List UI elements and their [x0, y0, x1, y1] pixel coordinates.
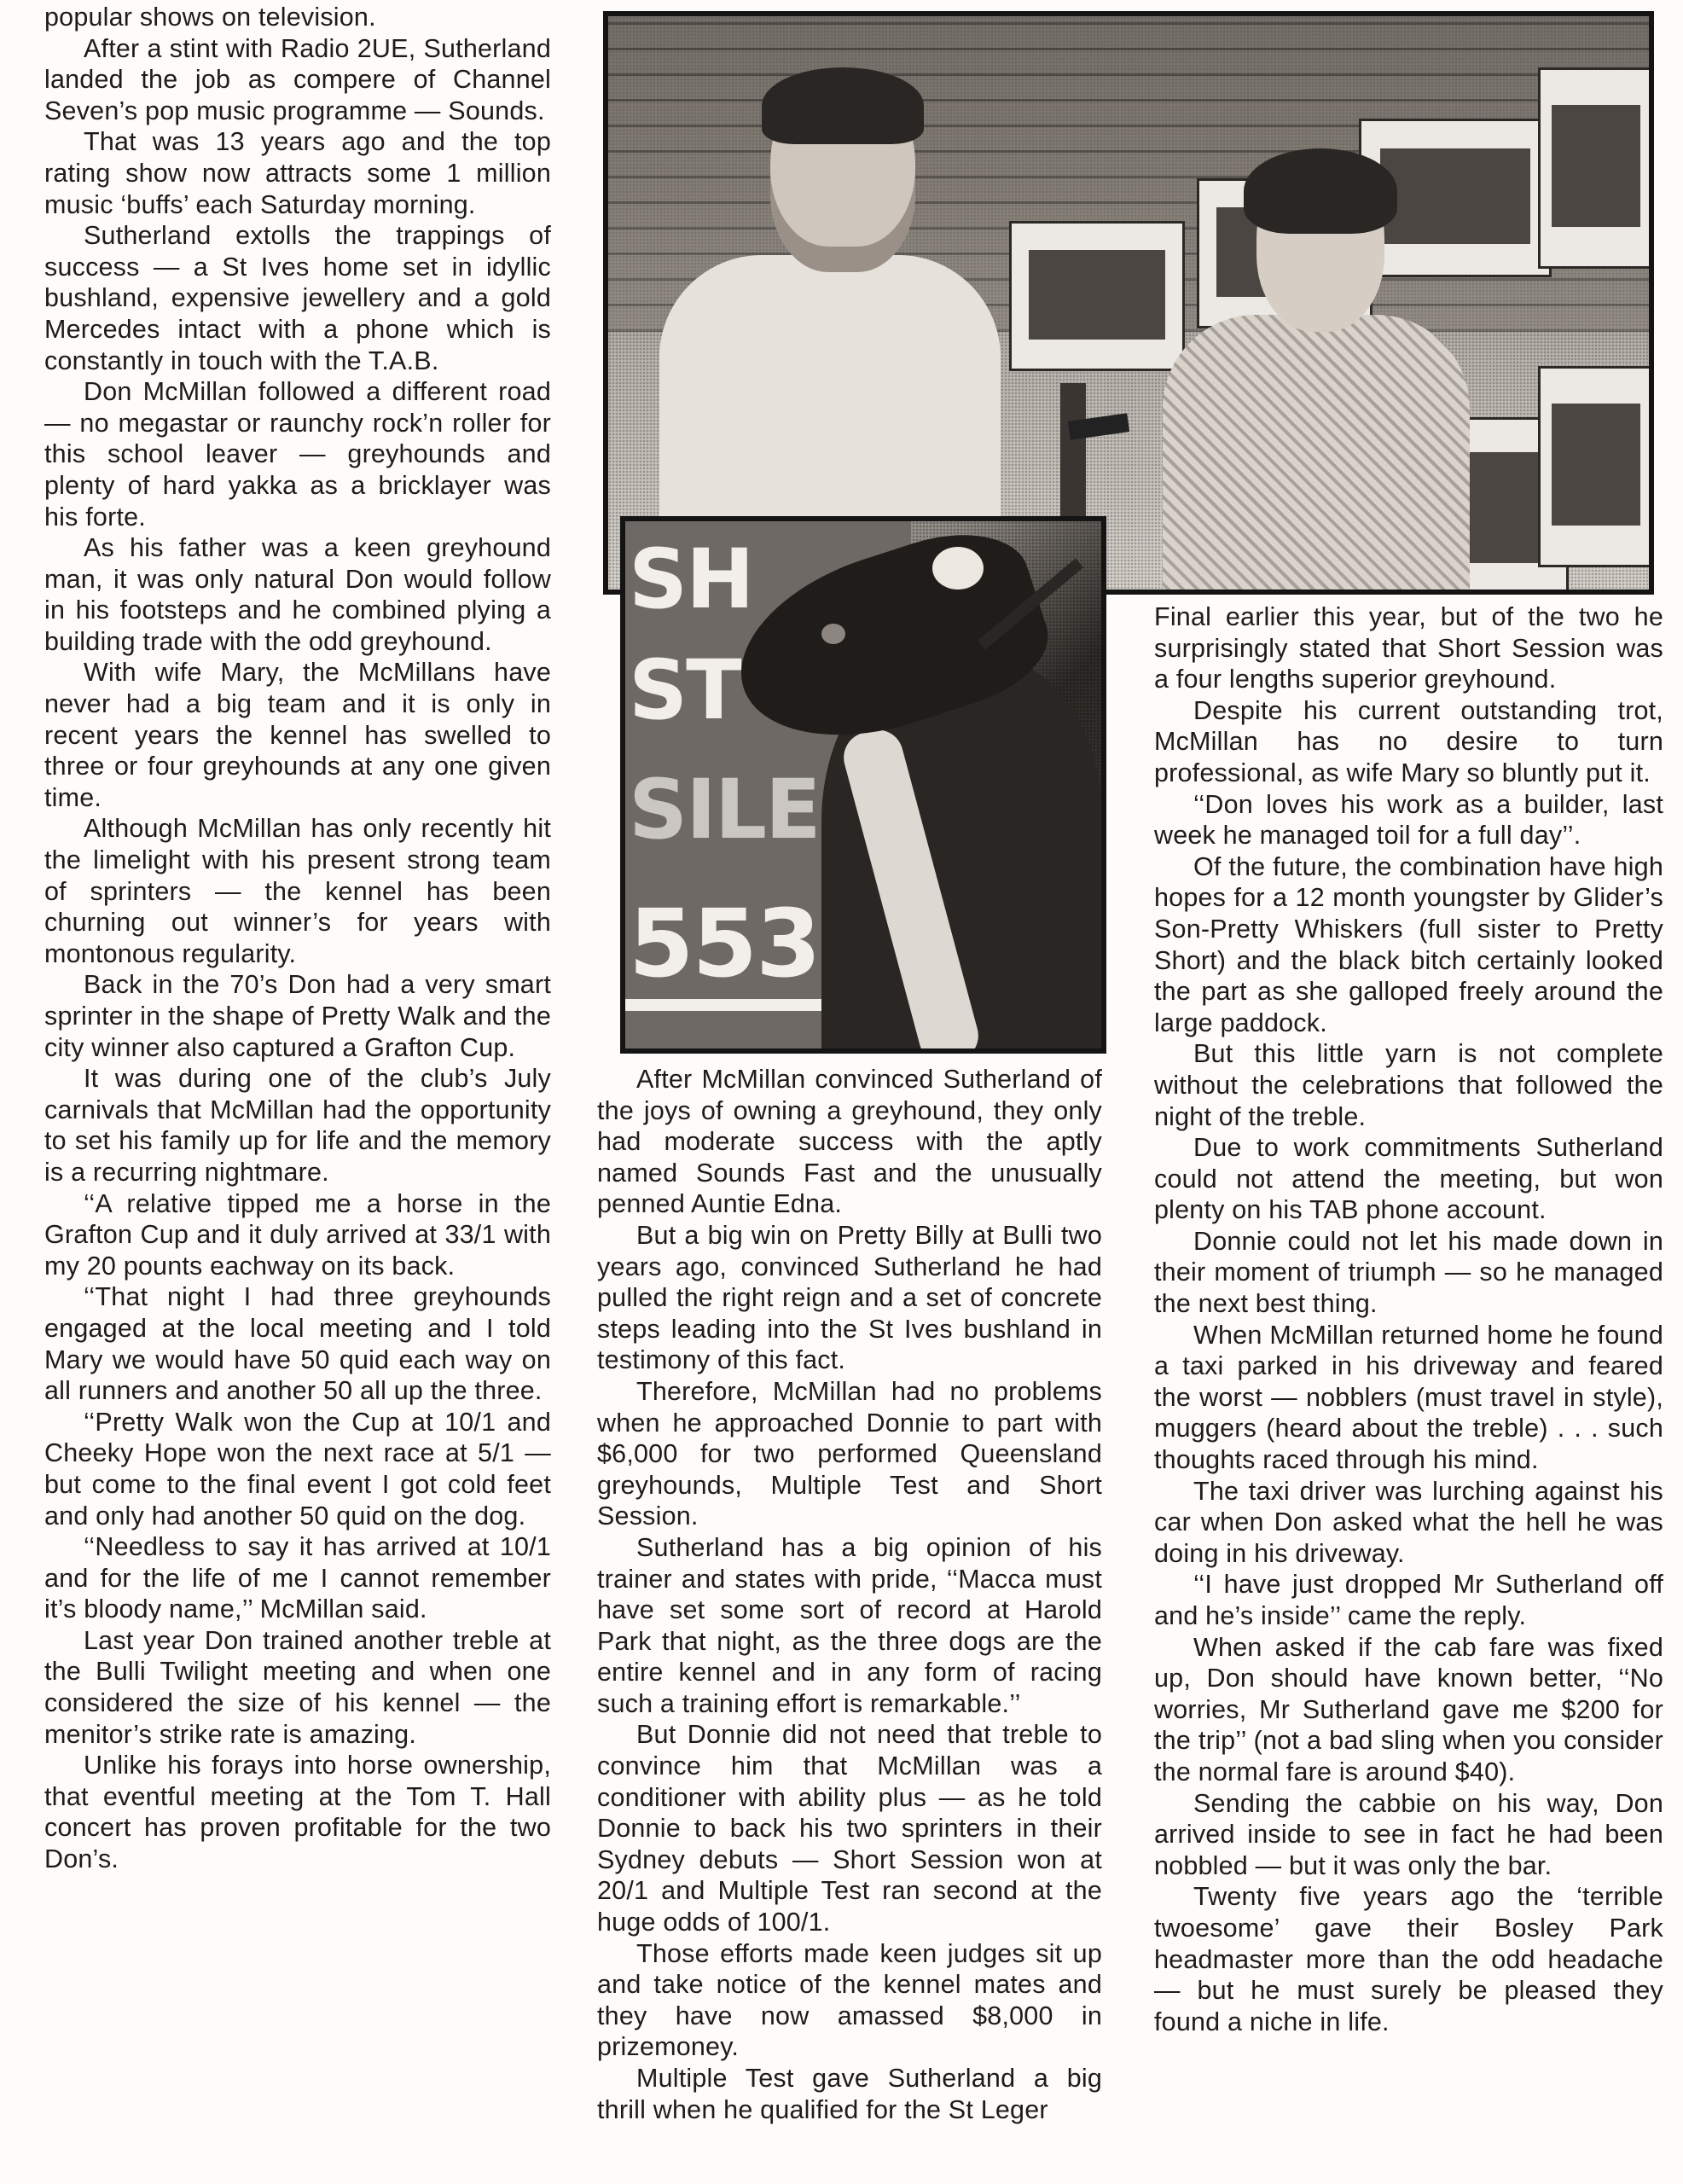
sign-text-2: ST — [629, 649, 740, 731]
paragraph: Final earlier this year, but of the two … — [1154, 601, 1663, 695]
paragraph: After a stint with Radio 2UE, Sutherland… — [44, 33, 551, 127]
paragraph: ‘‘Needless to say it has arrived at 10/1… — [44, 1531, 551, 1625]
paragraph: ‘‘Pretty Walk won the Cup at 10/1 and Ch… — [44, 1407, 551, 1531]
article-column-middle: After McMillan convinced Sutherland of t… — [597, 1064, 1102, 2125]
paragraph: When asked if the cab fare was fixed up,… — [1154, 1632, 1663, 1788]
greyhound-eye — [821, 624, 845, 644]
paragraph: With wife Mary, the McMillans have never… — [44, 657, 551, 813]
paragraph: Donnie could not let his made down in th… — [1154, 1226, 1663, 1320]
paragraph: When McMillan returned home he found a t… — [1154, 1320, 1663, 1476]
paragraph: It was during one of the club’s July car… — [44, 1063, 551, 1188]
framed-race-photo — [1538, 366, 1654, 567]
framed-race-photo — [1538, 67, 1654, 269]
paragraph: ‘‘I have just dropped Mr Sutherland off … — [1154, 1569, 1663, 1631]
article-column-left: popular shows on television. After a sti… — [44, 2, 551, 1875]
paragraph: ‘‘Don loves his work as a builder, last … — [1154, 789, 1663, 851]
sign-text-1: SH — [629, 538, 752, 620]
man-right-figure — [1129, 144, 1487, 595]
paragraph: But Donnie did not need that treble to c… — [597, 1719, 1102, 1937]
sign-text-3: SILE — [629, 769, 820, 851]
paragraph: Due to work commitments Sutherland could… — [1154, 1132, 1663, 1226]
paragraph: But this little yarn is not complete wit… — [1154, 1038, 1663, 1132]
paragraph: Don McMillan followed a different road —… — [44, 376, 551, 532]
paragraph: Sending the cabbie on his way, Don arriv… — [1154, 1788, 1663, 1882]
paragraph: Unlike his forays into horse ownership, … — [44, 1750, 551, 1874]
paragraph: Twenty five years ago the ‘terrible twoe… — [1154, 1881, 1663, 2037]
paragraph: Last year Don trained another treble at … — [44, 1625, 551, 1750]
paragraph: popular shows on television. — [44, 2, 551, 33]
paragraph: Despite his current outstanding trot, Mc… — [1154, 695, 1663, 789]
paragraph: Back in the 70’s Don had a very smart sp… — [44, 969, 551, 1063]
photo-greyhound: SH ST SILE 5533 — [620, 516, 1106, 1054]
paragraph: ‘‘A relative tipped me a horse in the Gr… — [44, 1188, 551, 1282]
paragraph: ‘‘That night I had three greyhounds enga… — [44, 1281, 551, 1406]
paragraph: Of the future, the combination have high… — [1154, 851, 1663, 1039]
paragraph: Therefore, McMillan had no problems when… — [597, 1376, 1102, 1532]
paragraph: That was 13 years ago and the top rating… — [44, 126, 551, 220]
photo-two-men — [603, 11, 1654, 595]
paragraph: Although McMillan has only recently hit … — [44, 813, 551, 969]
paragraph: Sutherland has a big opinion of his trai… — [597, 1532, 1102, 1720]
paragraph: Those efforts made keen judges sit up an… — [597, 1938, 1102, 2063]
paragraph: Sutherland extolls the trappings of succ… — [44, 220, 551, 376]
paragraph: The taxi driver was lurching against his… — [1154, 1476, 1663, 1570]
greyhound-ear — [932, 547, 984, 590]
article-column-right: Final earlier this year, but of the two … — [1154, 601, 1663, 2037]
man-left-figure — [642, 50, 1009, 595]
paragraph: Multiple Test gave Sutherland a big thri… — [597, 2063, 1102, 2125]
paragraph: After McMillan convinced Sutherland of t… — [597, 1064, 1102, 1220]
paragraph: As his father was a keen greyhound man, … — [44, 532, 551, 657]
paragraph: But a big win on Pretty Billy at Bulli t… — [597, 1220, 1102, 1376]
